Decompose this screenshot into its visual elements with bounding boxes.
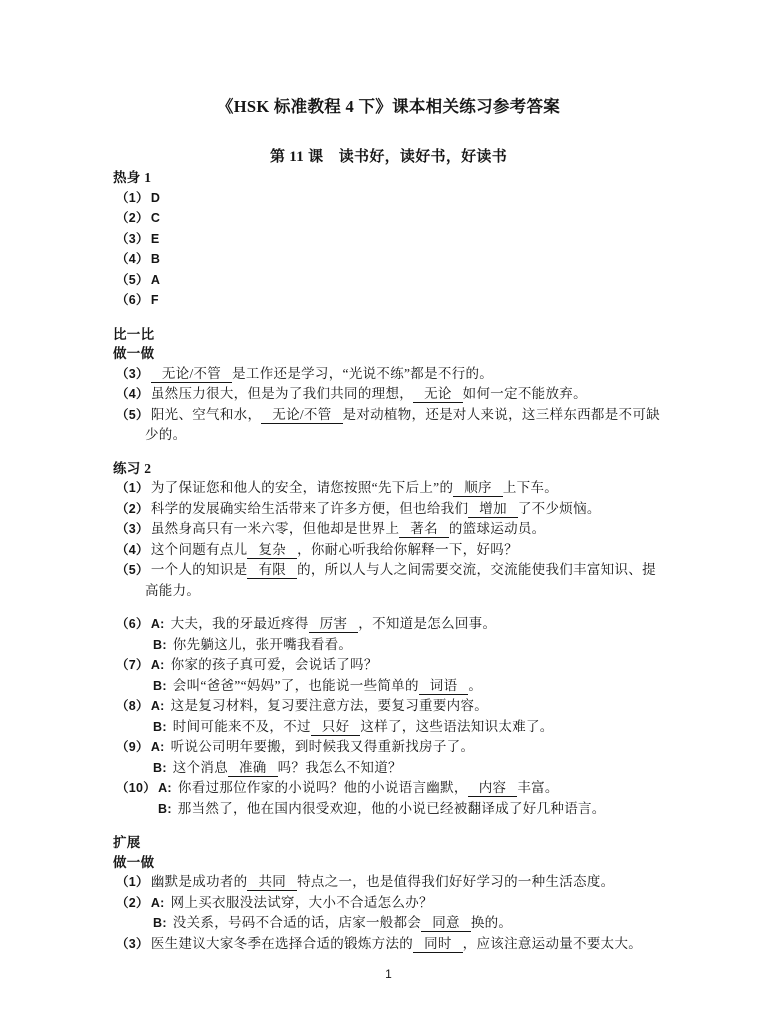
line-text: 是对动植物，还是对人来说，这三样东西都是不可缺 xyxy=(343,407,660,422)
line-text: 做一做 xyxy=(113,346,154,361)
page-number: 1 xyxy=(105,966,672,982)
document-line: （2）A:网上买衣服没法试穿，大小不合适怎么办？ xyxy=(113,893,672,914)
line-text: ，你耐心听我给你解释一下，好吗？ xyxy=(297,542,518,557)
speaker-label: A: xyxy=(151,740,165,754)
document-line: （5）一个人的知识是有限的，所以人与人之间需要交流，交流能使我们丰富知识、提 xyxy=(113,560,672,581)
speaker-label: A: xyxy=(151,617,165,631)
line-text: 。 xyxy=(468,678,482,693)
document-line: B:这个消息准确吗？我怎么不知道？ xyxy=(113,758,672,779)
document-line: （2）C xyxy=(113,208,672,229)
line-text: 网上买衣服没法试穿，大小不合适怎么办？ xyxy=(171,895,433,910)
speaker-label: B: xyxy=(158,802,172,816)
answer-blank: 同时 xyxy=(413,935,463,953)
section-heading: 扩展 xyxy=(113,833,672,853)
line-text: 你看过那位作家的小说吗？他的小说语言幽默， xyxy=(178,780,468,795)
section-heading: 练习 2 xyxy=(113,459,672,479)
line-spacer xyxy=(113,819,672,833)
answer-blank: 厉害 xyxy=(309,615,359,633)
line-text: 吗？我怎么不知道？ xyxy=(278,760,402,775)
line-text: 医生建议大家冬季在选择合适的锻炼方法的 xyxy=(151,936,413,951)
item-number: （2） xyxy=(116,896,149,910)
line-text: 没关系，号码不合适的话，店家一般都会 xyxy=(173,915,421,930)
document-line: （1）为了保证您和他人的安全，请您按照“先下后上”的顺序上下车。 xyxy=(113,478,672,499)
item-number: （10） xyxy=(116,781,156,795)
line-text: 科学的发展确实给生活带来了许多方便，但也给我们 xyxy=(151,501,468,516)
answer-blank: 无论/不管 xyxy=(151,365,232,383)
line-text: 比一比 xyxy=(113,327,154,342)
item-number: （2） xyxy=(116,502,149,516)
line-text: 这是复习材料，复习要注意方法，要复习重要内容。 xyxy=(171,698,488,713)
item-number: （9） xyxy=(116,740,149,754)
answer-letter: C xyxy=(151,211,160,225)
line-text: ，应该注意运动量不要太大。 xyxy=(463,936,642,951)
item-number: （1） xyxy=(116,875,149,889)
line-text: 高能力。 xyxy=(145,583,200,598)
line-text: 换的。 xyxy=(471,915,512,930)
line-text: 了不少烦恼。 xyxy=(518,501,601,516)
answer-letter: A xyxy=(151,273,160,287)
section-heading: 做一做 xyxy=(113,853,672,873)
document-line: （9）A:听说公司明年要搬，到时候我又得重新找房子了。 xyxy=(113,737,672,758)
speaker-label: A: xyxy=(151,896,165,910)
speaker-label: A: xyxy=(151,658,165,672)
speaker-label: A: xyxy=(158,781,172,795)
document-line: （3）E xyxy=(113,229,672,250)
document-line: B:时间可能来不及，不过只好这样了，这些语法知识太难了。 xyxy=(113,717,672,738)
document-line: （1）D xyxy=(113,188,672,209)
speaker-label: B: xyxy=(153,720,167,734)
line-text: 这样了，这些语法知识太难了。 xyxy=(360,719,553,734)
document-line: B:没关系，号码不合适的话，店家一般都会同意换的。 xyxy=(113,913,672,934)
item-number: （5） xyxy=(116,273,149,287)
line-text: 的篮球运动员。 xyxy=(449,521,546,536)
line-text: 的，所以人与人之间需要交流，交流能使我们丰富知识、提 xyxy=(297,562,656,577)
answer-blank: 增加 xyxy=(468,500,518,518)
document-title: 《HSK 标准教程 4 下》课本相关练习参考答案 xyxy=(105,94,672,120)
lesson-subtitle: 第 11 课 读书好，读好书，好读书 xyxy=(105,146,672,168)
line-text: 如何一定不能放弃。 xyxy=(463,386,587,401)
line-text: 是工作还是学习，“光说不练”都是不行的。 xyxy=(232,366,493,381)
answer-letter: E xyxy=(151,232,160,246)
line-text: 这个消息 xyxy=(173,760,228,775)
section-heading: 热身 1 xyxy=(113,168,672,188)
answer-blank: 著名 xyxy=(399,520,449,538)
line-text: 虽然身高只有一米六零，但他却是世界上 xyxy=(151,521,399,536)
line-text: 扩展 xyxy=(113,835,141,850)
answer-blank: 无论 xyxy=(413,385,463,403)
line-text: 虽然压力很大，但是为了我们共同的理想， xyxy=(151,386,413,401)
item-number: （1） xyxy=(116,481,149,495)
item-number: （6） xyxy=(116,617,149,631)
line-text: 为了保证您和他人的安全，请您按照“先下后上”的 xyxy=(151,480,453,495)
item-number: （4） xyxy=(116,543,149,557)
speaker-label: B: xyxy=(153,916,167,930)
answer-letter: B xyxy=(151,252,160,266)
line-text: 那当然了，他在国内很受欢迎，他的小说已经被翻译成了好几种语言。 xyxy=(178,801,606,816)
answer-blank: 词语 xyxy=(419,677,469,695)
line-text: 阳光、空气和水， xyxy=(151,407,261,422)
line-text: 上下车。 xyxy=(503,480,558,495)
answer-letter: D xyxy=(151,191,160,205)
line-text: 热身 1 xyxy=(113,170,151,185)
speaker-label: B: xyxy=(153,638,167,652)
item-number: （8） xyxy=(116,699,149,713)
line-spacer xyxy=(113,600,672,614)
document-line: （3）医生建议大家冬季在选择合适的锻炼方法的同时，应该注意运动量不要太大。 xyxy=(113,934,672,955)
line-text: 听说公司明年要搬，到时候我又得重新找房子了。 xyxy=(171,739,475,754)
line-text: 练习 2 xyxy=(113,461,151,476)
line-text: 你家的孩子真可爱，会说话了吗？ xyxy=(171,657,378,672)
item-number: （3） xyxy=(116,937,149,951)
line-spacer xyxy=(113,445,672,459)
document-line: （4）B xyxy=(113,249,672,270)
item-number: （4） xyxy=(116,252,149,266)
speaker-label: B: xyxy=(153,679,167,693)
line-text: 这个问题有点儿 xyxy=(151,542,248,557)
line-text: 少的。 xyxy=(145,427,186,442)
line-text: 丰富。 xyxy=(517,780,558,795)
item-number: （1） xyxy=(116,191,149,205)
item-number: （5） xyxy=(116,563,149,577)
answer-blank: 共同 xyxy=(247,873,297,891)
answer-blank: 有限 xyxy=(247,561,297,579)
document-line: B:会叫“爸爸”“妈妈”了，也能说一些简单的词语。 xyxy=(113,676,672,697)
line-text: 一个人的知识是 xyxy=(151,562,248,577)
document-line: （5）阳光、空气和水，无论/不管是对动植物，还是对人来说，这三样东西都是不可缺 xyxy=(113,405,672,426)
document-line: （1）幽默是成功者的共同特点之一，也是值得我们好好学习的一种生活态度。 xyxy=(113,872,672,893)
line-text: 你先躺这儿，张开嘴我看看。 xyxy=(173,637,352,652)
answer-blank: 同意 xyxy=(421,914,471,932)
document-line: B:你先躺这儿，张开嘴我看看。 xyxy=(113,635,672,656)
answer-blank: 只好 xyxy=(311,718,361,736)
line-spacer xyxy=(113,311,672,325)
item-number: （5） xyxy=(116,408,149,422)
line-text: 幽默是成功者的 xyxy=(151,874,248,889)
document-line: （3）虽然身高只有一米六零，但他却是世界上著名的篮球运动员。 xyxy=(113,519,672,540)
line-text: ，不知道是怎么回事。 xyxy=(358,616,496,631)
document-line: （4）这个问题有点儿复杂，你耐心听我给你解释一下，好吗？ xyxy=(113,540,672,561)
answer-blank: 顺序 xyxy=(453,479,503,497)
document-line: （7）A:你家的孩子真可爱，会说话了吗？ xyxy=(113,655,672,676)
document-line: （4）虽然压力很大，但是为了我们共同的理想，无论如何一定不能放弃。 xyxy=(113,384,672,405)
document-line: （10）A:你看过那位作家的小说吗？他的小说语言幽默，内容丰富。 xyxy=(113,778,672,799)
document-line: 少的。 xyxy=(113,425,672,445)
line-text: 会叫“爸爸”“妈妈”了，也能说一些简单的 xyxy=(173,678,419,693)
answer-blank: 复杂 xyxy=(247,541,297,559)
document-line: （6）A:大夫，我的牙最近疼得厉害，不知道是怎么回事。 xyxy=(113,614,672,635)
item-number: （3） xyxy=(116,232,149,246)
item-number: （4） xyxy=(116,387,149,401)
document-line: （3）无论/不管是工作还是学习，“光说不练”都是不行的。 xyxy=(113,364,672,385)
item-number: （6） xyxy=(116,293,149,307)
document-body: 热身 1（1）D（2）C（3）E（4）B（5）A（6）F比一比做一做（3）无论/… xyxy=(113,168,672,954)
answer-blank: 内容 xyxy=(468,779,518,797)
section-heading: 做一做 xyxy=(113,344,672,364)
item-number: （7） xyxy=(116,658,149,672)
line-text: 做一做 xyxy=(113,855,154,870)
document-line: （8）A:这是复习材料，复习要注意方法，要复习重要内容。 xyxy=(113,696,672,717)
section-heading: 比一比 xyxy=(113,325,672,345)
speaker-label: A: xyxy=(151,699,165,713)
document-line: 高能力。 xyxy=(113,581,672,601)
document-line: B:那当然了，他在国内很受欢迎，他的小说已经被翻译成了好几种语言。 xyxy=(113,799,672,820)
item-number: （2） xyxy=(116,211,149,225)
speaker-label: B: xyxy=(153,761,167,775)
document-page: 《HSK 标准教程 4 下》课本相关练习参考答案 第 11 课 读书好，读好书，… xyxy=(0,0,768,1024)
document-line: （5）A xyxy=(113,270,672,291)
item-number: （3） xyxy=(116,522,149,536)
line-text: 特点之一，也是值得我们好好学习的一种生活态度。 xyxy=(297,874,614,889)
answer-blank: 无论/不管 xyxy=(261,406,342,424)
line-text: 大夫，我的牙最近疼得 xyxy=(171,616,309,631)
document-line: （6）F xyxy=(113,290,672,311)
answer-blank: 准确 xyxy=(228,759,278,777)
item-number: （3） xyxy=(116,367,149,381)
answer-letter: F xyxy=(151,293,159,307)
line-text: 时间可能来不及，不过 xyxy=(173,719,311,734)
document-line: （2）科学的发展确实给生活带来了许多方便，但也给我们增加了不少烦恼。 xyxy=(113,499,672,520)
